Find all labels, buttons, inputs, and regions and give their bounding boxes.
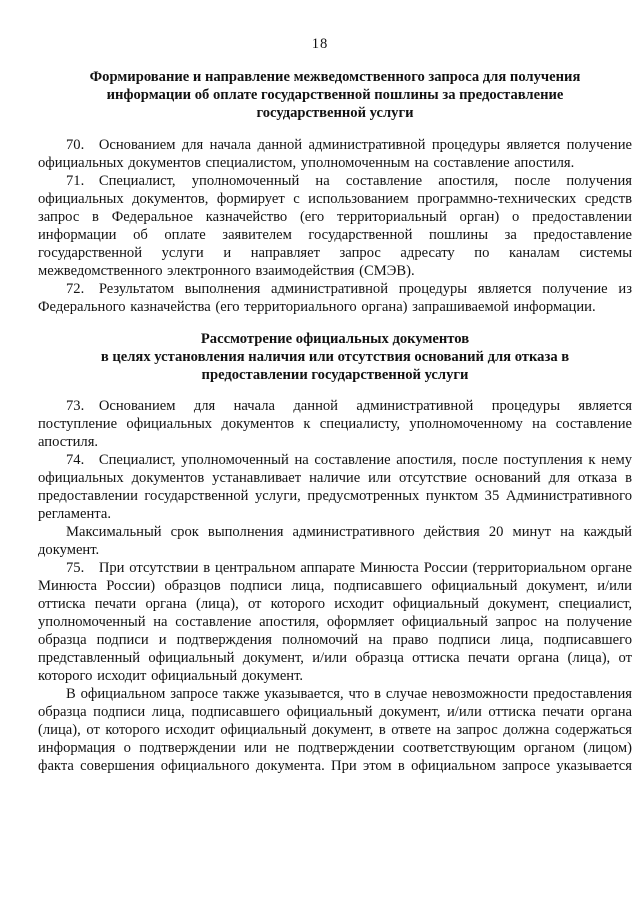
page-number: 18 (0, 35, 640, 53)
paragraph-71: 71. Специалист, уполномоченный на состав… (38, 172, 632, 280)
paragraph-74: 74. Специалист, уполномоченный на состав… (38, 451, 632, 523)
heading-line: Рассмотрение официальных документов (38, 330, 632, 348)
heading-line: информации об оплате государственной пош… (38, 86, 632, 104)
paragraph-official-request: В официальном запросе также указывается,… (38, 685, 632, 775)
paragraph-max-term: Максимальный срок выполнения администрат… (38, 523, 632, 559)
heading-line: Формирование и направление межведомствен… (38, 68, 632, 86)
document-page: 18 Формирование и направление межведомст… (0, 0, 640, 905)
paragraph-72: 72. Результатом выполнения административ… (38, 280, 632, 316)
paragraph-70: 70. Основанием для начала данной админис… (38, 136, 632, 172)
section-heading-interagency-request: Формирование и направление межведомствен… (38, 68, 632, 122)
heading-line: предоставлении государственной услуги (38, 366, 632, 384)
heading-line: государственной услуги (38, 104, 632, 122)
paragraph-75: 75. При отсутствии в центральном аппарат… (38, 559, 632, 685)
section-heading-review-documents: Рассмотрение официальных документов в це… (38, 330, 632, 384)
paragraph-73: 73. Основанием для начала данной админис… (38, 397, 632, 451)
heading-line: в целях установления наличия или отсутст… (38, 348, 632, 366)
